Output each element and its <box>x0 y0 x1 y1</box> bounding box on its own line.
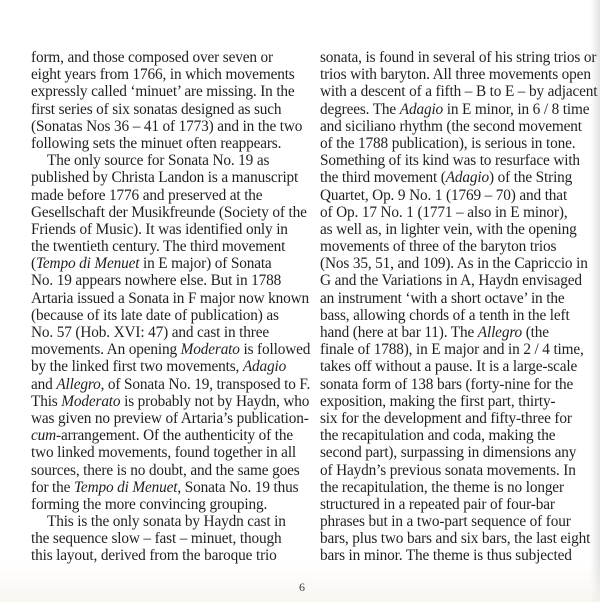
text-segment: in E major) of Sonata <box>139 255 271 272</box>
text-segment: (Nos 35, 51, and 109). As in the Capricc… <box>320 255 588 272</box>
text-segment: No. 57 (Hob. XVI: 47) and cast in three <box>31 324 269 341</box>
text-segment: No. 19 appears nowhere else. But in 1788 <box>31 272 281 289</box>
text-segment: structured in a repeated pair of four-ba… <box>320 496 555 513</box>
text-line: made before 1776 and preserved at the <box>31 187 306 204</box>
text-line: Something of its kind was to resurface w… <box>320 152 595 169</box>
text-segment: and siciliano rhythm (the second movemen… <box>320 118 582 135</box>
text-segment: the recapitulation, the theme is no long… <box>320 479 564 496</box>
text-line: was given no preview of Artaria’s public… <box>31 410 306 427</box>
text-line: eight years from 1766, in which movement… <box>31 66 306 83</box>
text-segment: with a descent of a fifth – B to E – by … <box>320 83 597 100</box>
text-line: degrees. The Adagio in E minor, in 6 / 8… <box>320 101 595 118</box>
italic-term: Allegro <box>56 376 100 393</box>
text-line: finale of 1788), in E major and in 2 / 4… <box>320 341 595 358</box>
text-line: Artaria issued a Sonata in F major now k… <box>31 290 306 307</box>
text-line: (Nos 35, 51, and 109). As in the Capricc… <box>320 255 595 272</box>
text-segment: is probably not by Haydn, who <box>120 393 309 410</box>
italic-term: Tempo di Menuet <box>36 255 139 272</box>
text-segment: this layout, derived from the baroque tr… <box>31 547 277 564</box>
left-text-column: form, and those composed over seven orei… <box>31 49 306 565</box>
text-segment: eight years from 1766, in which movement… <box>31 66 295 83</box>
text-line: an instrument ‘with a short octave’ in t… <box>320 290 595 307</box>
text-line: of Op. 17 No. 1 (1771 – also in E minor)… <box>320 204 595 221</box>
text-segment: of Op. 17 No. 1 (1771 – also in E minor)… <box>320 204 568 221</box>
text-line: bass, allowing chords of a tenth in the … <box>320 307 595 324</box>
text-segment: expressly called ‘minuet’ are missing. I… <box>31 83 295 100</box>
text-line: (Tempo di Menuet in E major) of Sonata <box>31 255 306 272</box>
text-segment: following sets the minuet often reappear… <box>31 135 281 152</box>
text-segment: finale of 1788), in E major and in 2 / 4… <box>320 341 584 358</box>
text-line: Gesellschaft der Musikfreunde (Society o… <box>31 204 306 221</box>
text-line: form, and those composed over seven or <box>31 49 306 66</box>
text-line: hand (here at bar 11). The Allegro (the <box>320 324 595 341</box>
text-segment: (the <box>522 324 549 341</box>
text-segment: published by Christa Landon is a manuscr… <box>31 169 298 186</box>
text-line: Friends of Music). It was identified onl… <box>31 221 306 238</box>
text-segment: bass, allowing chords of a tenth in the … <box>320 307 570 324</box>
text-segment: for the <box>31 479 74 496</box>
text-line: movements of three of the baryton trios <box>320 238 595 255</box>
text-line: with a descent of a fifth – B to E – by … <box>320 83 595 100</box>
text-line: six for the development and fifty-three … <box>320 410 595 427</box>
text-segment: Quartet, Op. 9 No. 1 (1769 – 70) and tha… <box>320 187 567 204</box>
text-line: movements. An opening Moderato is follow… <box>31 341 306 358</box>
text-segment: (because of its late date of publication… <box>31 307 279 324</box>
text-segment: G and the Variations in A, Haydn envisag… <box>320 272 582 289</box>
text-segment: two linked movements, found together in … <box>31 444 296 461</box>
text-line: sonata form of 138 bars (forty-nine for … <box>320 376 595 393</box>
text-line: cum-arrangement. Of the authenticity of … <box>31 427 306 444</box>
italic-term: Allegro <box>478 324 522 341</box>
text-line: by the linked first two movements, Adagi… <box>31 358 306 375</box>
text-line: the sequence slow – fast – minuet, thoug… <box>31 530 306 547</box>
text-line: takes off without a pause. It is a large… <box>320 358 595 375</box>
italic-term: Adagio <box>446 169 489 186</box>
text-line: and siciliano rhythm (the second movemen… <box>320 118 595 135</box>
text-segment: in E minor, in 6 / 8 time <box>443 101 589 118</box>
text-segment: Gesellschaft der Musikfreunde (Society o… <box>31 204 307 221</box>
text-line: second part), surpassing in dimensions a… <box>320 444 595 461</box>
text-segment: second part), surpassing in dimensions a… <box>320 444 576 461</box>
text-segment: degrees. The <box>320 101 400 118</box>
text-segment: phrases but in a two-part sequence of fo… <box>320 513 571 530</box>
text-segment: sonata, is found in several of his strin… <box>320 49 596 66</box>
text-segment: Something of its kind was to resurface w… <box>320 152 580 169</box>
text-line: G and the Variations in A, Haydn envisag… <box>320 272 595 289</box>
text-segment: trios with baryton. All three movements … <box>320 66 591 83</box>
text-segment: of the 1788 publication), is serious in … <box>320 135 575 152</box>
text-segment: is followed <box>240 341 310 358</box>
text-segment: and <box>31 376 56 393</box>
text-segment: sources, there is no doubt, and the same… <box>31 462 300 479</box>
text-line: of Haydn’s previous sonata movements. In <box>320 462 595 479</box>
text-segment: This <box>31 393 61 410</box>
text-segment: Artaria issued a Sonata in F major now k… <box>31 290 309 307</box>
text-segment: six for the development and fifty-three … <box>320 410 572 427</box>
text-segment: the recapitulation and coda, making the <box>320 427 555 444</box>
text-line: expressly called ‘minuet’ are missing. I… <box>31 83 306 100</box>
text-line: phrases but in a two-part sequence of fo… <box>320 513 595 530</box>
text-segment: the twentieth century. The third movemen… <box>31 238 285 255</box>
text-line: as well as, in lighter vein, with the op… <box>320 221 595 238</box>
text-segment: Friends of Music). It was identified onl… <box>31 221 288 238</box>
text-segment: hand (here at bar 11). The <box>320 324 478 341</box>
italic-term: Moderato <box>61 393 120 410</box>
text-segment: bars, plus two bars and six bars, the la… <box>320 530 590 547</box>
text-line: trios with baryton. All three movements … <box>320 66 595 83</box>
italic-term: Adagio <box>400 101 443 118</box>
text-line: and Allegro, of Sonata No. 19, transpose… <box>31 376 306 393</box>
italic-term: Tempo di Menuet <box>74 479 177 496</box>
text-segment: first series of six sonatas designed as … <box>31 101 281 118</box>
text-line: this layout, derived from the baroque tr… <box>31 547 306 564</box>
text-line: exposition, making the first part, thirt… <box>320 393 595 410</box>
text-segment: -arrangement. Of the authenticity of the <box>56 427 293 444</box>
text-line: No. 57 (Hob. XVI: 47) and cast in three <box>31 324 306 341</box>
page-number: 6 <box>299 580 305 595</box>
text-segment: The only source for Sonata No. 19 as <box>47 152 269 169</box>
text-line: of the 1788 publication), is serious in … <box>320 135 595 152</box>
text-segment: movements. An opening <box>31 341 181 358</box>
text-line: The only source for Sonata No. 19 as <box>31 152 306 169</box>
text-segment: as well as, in lighter vein, with the op… <box>320 221 577 238</box>
text-segment: form, and those composed over seven or <box>31 49 273 66</box>
italic-term: Adagio <box>243 358 286 375</box>
text-segment: made before 1776 and preserved at the <box>31 187 262 204</box>
text-line: the recapitulation, the theme is no long… <box>320 479 595 496</box>
text-segment: sonata form of 138 bars (forty-nine for … <box>320 376 573 393</box>
text-line: for the Tempo di Menuet, Sonata No. 19 t… <box>31 479 306 496</box>
text-segment: was given no preview of Artaria’s public… <box>31 410 309 427</box>
text-line: This Moderato is probably not by Haydn, … <box>31 393 306 410</box>
text-line: This is the only sonata by Haydn cast in <box>31 513 306 530</box>
text-segment: by the linked first two movements, <box>31 358 243 375</box>
text-line: two linked movements, found together in … <box>31 444 306 461</box>
text-line: first series of six sonatas designed as … <box>31 101 306 118</box>
text-segment: forming the more convincing grouping. <box>31 496 267 513</box>
text-segment: , Sonata No. 19 thus <box>177 479 298 496</box>
text-line: bars, plus two bars and six bars, the la… <box>320 530 595 547</box>
text-line: bars in minor. The theme is thus subject… <box>320 547 595 564</box>
text-segment: This is the only sonata by Haydn cast in <box>47 513 286 530</box>
text-line: the twentieth century. The third movemen… <box>31 238 306 255</box>
text-line: following sets the minuet often reappear… <box>31 135 306 152</box>
text-segment: bars in minor. The theme is thus subject… <box>320 547 572 564</box>
text-segment: takes off without a pause. It is a large… <box>320 358 577 375</box>
text-line: structured in a repeated pair of four-ba… <box>320 496 595 513</box>
text-segment: of Haydn’s previous sonata movements. In <box>320 462 576 479</box>
text-line: Quartet, Op. 9 No. 1 (1769 – 70) and tha… <box>320 187 595 204</box>
italic-term: Moderato <box>181 341 240 358</box>
text-line: the third movement (Adagio) of the Strin… <box>320 169 595 186</box>
text-line: (Sonatas Nos 36 – 41 of 1773) and in the… <box>31 118 306 135</box>
text-segment: an instrument ‘with a short octave’ in t… <box>320 290 564 307</box>
text-segment: ) of the String <box>489 169 572 186</box>
text-segment: exposition, making the first part, thirt… <box>320 393 555 410</box>
text-line: sources, there is no doubt, and the same… <box>31 462 306 479</box>
text-line: sonata, is found in several of his strin… <box>320 49 595 66</box>
text-line: published by Christa Landon is a manuscr… <box>31 169 306 186</box>
text-segment: the sequence slow – fast – minuet, thoug… <box>31 530 281 547</box>
text-segment: , of Sonata No. 19, transposed to F. <box>101 376 311 393</box>
text-line: the recapitulation and coda, making the <box>320 427 595 444</box>
italic-term: cum <box>31 427 56 444</box>
text-segment: (Sonatas Nos 36 – 41 of 1773) and in the… <box>31 118 302 135</box>
text-line: No. 19 appears nowhere else. But in 1788 <box>31 272 306 289</box>
right-text-column: sonata, is found in several of his strin… <box>320 49 595 565</box>
text-line: forming the more convincing grouping. <box>31 496 306 513</box>
text-segment: movements of three of the baryton trios <box>320 238 556 255</box>
text-line: (because of its late date of publication… <box>31 307 306 324</box>
text-segment: the third movement ( <box>320 169 446 186</box>
